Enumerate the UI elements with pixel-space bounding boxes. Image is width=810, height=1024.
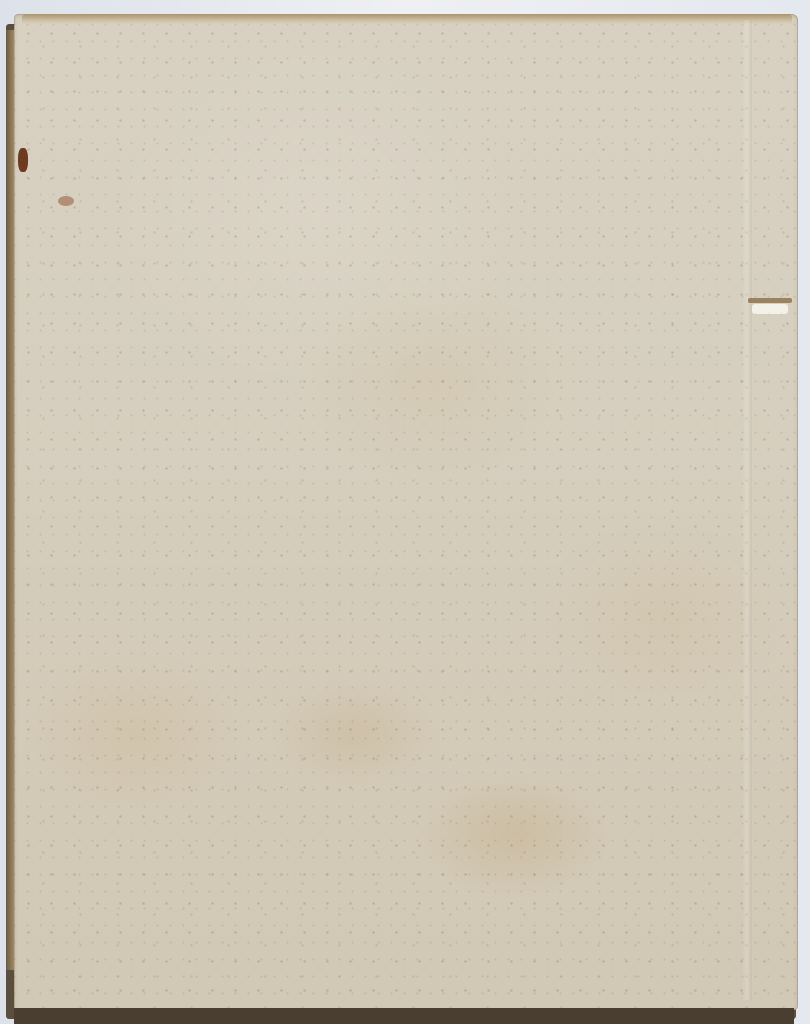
foxing-speckles	[14, 14, 798, 1010]
cover-hinge-fold	[742, 20, 752, 1000]
cover-crease-highlight	[752, 304, 788, 314]
cover-top-edge	[22, 14, 792, 24]
rust-stain	[18, 148, 28, 172]
cover-crease-tear	[748, 298, 792, 303]
bottom-shadow	[14, 1008, 794, 1024]
small-stain	[58, 196, 74, 206]
